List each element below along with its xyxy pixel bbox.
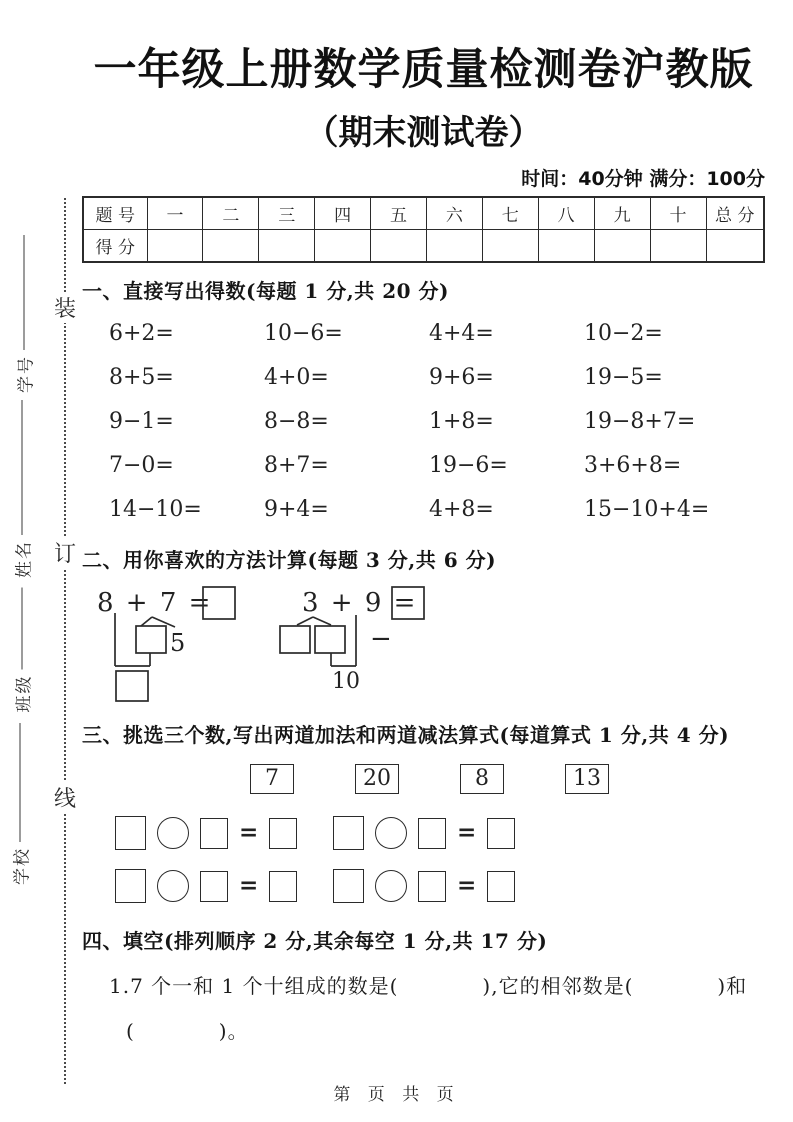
result-box — [269, 818, 297, 849]
problem-a-sum-box — [116, 671, 148, 701]
equation-template-row: = = — [82, 816, 765, 850]
problem-a-known-part: 5 — [170, 629, 185, 657]
math-expression: 8−8= — [264, 400, 429, 444]
equals-sign: = — [457, 871, 476, 901]
equation-template: = — [115, 869, 297, 903]
result-box — [269, 871, 297, 902]
binding-dotted-line — [64, 198, 66, 1084]
student-number-blank-line — [24, 235, 25, 350]
math-expression: 4+0= — [264, 356, 429, 400]
name-label: 姓名 — [10, 540, 35, 578]
school-label: 学校 — [8, 847, 33, 885]
school-blank-line — [20, 723, 21, 842]
operand-box — [333, 816, 364, 850]
math-expression: 9+4= — [264, 488, 429, 532]
score-table-header-cell: 六 — [426, 197, 482, 230]
result-box — [487, 871, 515, 902]
score-table-score-row: 得 分 — [83, 230, 764, 263]
equation-template: = — [115, 816, 297, 850]
score-cell-empty — [594, 230, 650, 263]
math-expression: 4+4= — [429, 312, 584, 356]
score-cell-empty — [259, 230, 315, 263]
score-table-header-cell: 七 — [482, 197, 538, 230]
class-field: 班级 — [10, 588, 35, 713]
score-table-header-cell: 十 — [650, 197, 706, 230]
math-expression: 6+2= — [109, 312, 264, 356]
equation-template: = — [333, 816, 515, 850]
score-table-header-cell: 五 — [371, 197, 427, 230]
operand-box — [333, 869, 364, 903]
equals-sign: = — [239, 818, 258, 848]
score-table-header-row: 题 号 一 二 三 四 五 六 七 八 九 十 总 分 — [83, 197, 764, 230]
math-expression: 15−10+4= — [584, 488, 765, 532]
result-box — [487, 818, 515, 849]
score-table-header-cell: 三 — [259, 197, 315, 230]
page-subtitle: （期末测试卷） — [82, 105, 765, 154]
math-expression: 4+8= — [429, 488, 584, 532]
score-table-header-cell: 九 — [594, 197, 650, 230]
class-label: 班级 — [10, 675, 35, 713]
math-expression: 9+6= — [429, 356, 584, 400]
number-decomposition-diagrams: 8 + 7 = 5 3 + 9 = 10 − — [82, 575, 765, 715]
problem-b-expression: 3 + 9 = — [302, 588, 417, 618]
equation-template: = — [333, 869, 515, 903]
math-expression: 19−8+7= — [584, 400, 765, 444]
problem-b-minus-sign: − — [370, 624, 392, 654]
score-row-label: 得 分 — [83, 230, 147, 263]
decomposition-line — [297, 617, 313, 625]
score-cell-empty — [371, 230, 427, 263]
math-expression: 3+6+8= — [584, 444, 765, 488]
score-cell-empty — [650, 230, 706, 263]
problem-b-part-box — [315, 626, 345, 653]
score-table-header-cell: 四 — [315, 197, 371, 230]
fill-blank-item-line2: ( )。 — [82, 1015, 765, 1044]
binding-char-ding: 订 — [50, 537, 80, 568]
problem-b-part-box — [280, 626, 310, 653]
operand-box — [200, 871, 228, 902]
number-choice-row: 7 20 8 13 — [82, 764, 765, 798]
problem-b-ten-label: 10 — [332, 669, 360, 694]
operand-box — [418, 818, 446, 849]
score-table-header-cell: 一 — [147, 197, 203, 230]
name-blank-line — [22, 400, 23, 535]
operand-box — [200, 818, 228, 849]
score-cell-empty — [147, 230, 203, 263]
math-expression: 9−1= — [109, 400, 264, 444]
score-cell-empty — [203, 230, 259, 263]
section-one-problem-grid: 6+2= 10−6= 4+4= 10−2= 8+5= 4+0= 9+6= 19−… — [82, 312, 765, 532]
score-cell-empty — [482, 230, 538, 263]
number-box: 7 — [250, 764, 294, 794]
decomposition-line — [141, 617, 152, 626]
section-three-heading: 三、挑选三个数,写出两道加法和两道减法算式(每道算式 1 分,共 4 分) — [82, 719, 765, 748]
score-table-header-cell: 八 — [538, 197, 594, 230]
score-table-header-cell: 总 分 — [706, 197, 764, 230]
operator-circle — [157, 817, 189, 849]
number-box: 8 — [460, 764, 504, 794]
equals-sign: = — [239, 871, 258, 901]
operator-circle — [375, 870, 407, 902]
class-blank-line — [22, 588, 23, 670]
math-expression: 10−6= — [264, 312, 429, 356]
score-table-header-cell: 题 号 — [83, 197, 147, 230]
operand-box — [418, 871, 446, 902]
score-cell-empty — [315, 230, 371, 263]
operator-circle — [157, 870, 189, 902]
binding-char-zhuang: 装 — [50, 292, 80, 323]
fill-blank-item-line1: 1.7 个一和 1 个十组成的数是( ),它的相邻数是( )和 — [82, 970, 765, 999]
section-two-heading: 二、用你喜欢的方法计算(每题 3 分,共 6 分) — [82, 544, 765, 573]
operator-circle — [375, 817, 407, 849]
equation-template-row: = = — [82, 869, 765, 903]
equals-sign: = — [457, 818, 476, 848]
math-expression: 14−10= — [109, 488, 264, 532]
math-expression: 19−5= — [584, 356, 765, 400]
student-number-field: 学号 — [12, 235, 37, 393]
operand-box — [115, 869, 146, 903]
math-expression: 8+5= — [109, 356, 264, 400]
number-box: 13 — [565, 764, 609, 794]
time-and-score-info: 时间：40分钟 满分：100分 — [82, 164, 765, 191]
score-cell-empty — [538, 230, 594, 263]
section-one-heading: 一、直接写出得数(每题 1 分,共 20 分) — [82, 275, 765, 304]
math-expression: 8+7= — [264, 444, 429, 488]
page-footer: 第 页 共 页 — [0, 1080, 793, 1105]
score-cell-empty — [706, 230, 764, 263]
problem-a-part-box — [136, 626, 166, 653]
name-field: 姓名 — [10, 400, 35, 578]
operand-box — [115, 816, 146, 850]
score-cell-empty — [426, 230, 482, 263]
student-number-label: 学号 — [12, 355, 37, 393]
number-box: 20 — [355, 764, 399, 794]
math-expression: 10−2= — [584, 312, 765, 356]
test-paper-page: 装 订 线 学号 姓名 班级 学校 一年级上册数学质量检测卷沪教版 （期末测试卷… — [0, 0, 793, 1122]
school-field: 学校 — [8, 723, 33, 885]
math-expression: 19−6= — [429, 444, 584, 488]
score-table-header-cell: 二 — [203, 197, 259, 230]
math-expression: 7−0= — [109, 444, 264, 488]
page-title: 一年级上册数学质量检测卷沪教版 — [82, 36, 765, 97]
decomposition-line — [313, 617, 331, 625]
math-expression: 1+8= — [429, 400, 584, 444]
section-four-heading: 四、填空(排列顺序 2 分,其余每空 1 分,共 17 分) — [82, 925, 765, 954]
score-table: 题 号 一 二 三 四 五 六 七 八 九 十 总 分 得 分 — [82, 196, 765, 263]
binding-char-xian: 线 — [50, 782, 80, 813]
